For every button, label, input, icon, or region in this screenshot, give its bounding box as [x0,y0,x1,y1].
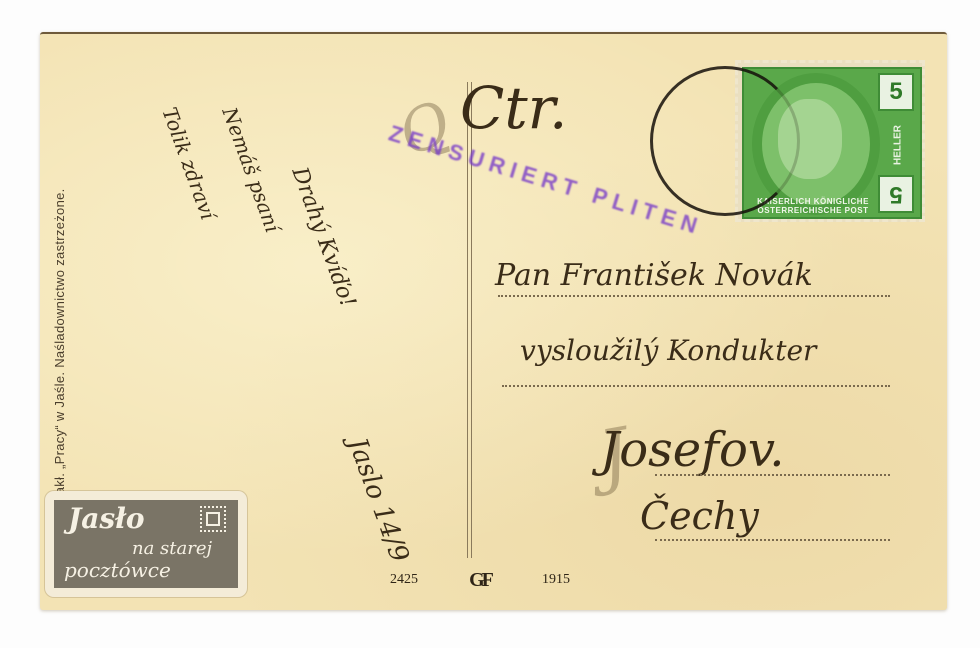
message-line: Nemáš psaní [217,104,284,235]
stamp-currency: HELLER [886,125,910,165]
message-line: Drahý Kvíďo! [287,164,361,311]
address-rule [655,474,890,476]
publisher-imprint: Nakł. „Pracy“ w Jaśle. Naśladownictwo za… [52,188,67,504]
stamp-value-top: 5 [878,73,914,111]
address-rule [655,539,890,541]
serial-number: 2425 [390,572,418,588]
message-line: Tolik zdraví [157,104,220,223]
stamp-value-bottom: 5 [878,175,914,213]
badge-subtitle: na starej [132,538,212,559]
stamp-icon [200,506,226,532]
address-rule [498,295,890,297]
postmark-cancellation [650,66,800,216]
card-footer: 2425 GF 1915 [390,567,570,593]
print-year: 1915 [542,572,570,588]
address-line-1: Pan František Novák [495,258,813,293]
badge-title: Jasło [68,502,145,535]
address-line-4: Čechy [640,494,759,538]
publisher-logo-icon: GF [452,567,508,593]
address-line-2: vysloužilý Kondukter [520,334,816,367]
address-line-3: Josefov. [600,422,785,478]
address-rule [502,385,890,387]
address-salutation: Ctr. [460,74,567,142]
watermark-badge: Jasło na starej pocztówce [48,494,244,594]
message-line: Jaslo 14/9 [342,434,415,566]
badge-subtitle-2: pocztówce [64,558,171,582]
postcard: Nakł. „Pracy“ w Jaśle. Naśladownictwo za… [40,32,947,610]
